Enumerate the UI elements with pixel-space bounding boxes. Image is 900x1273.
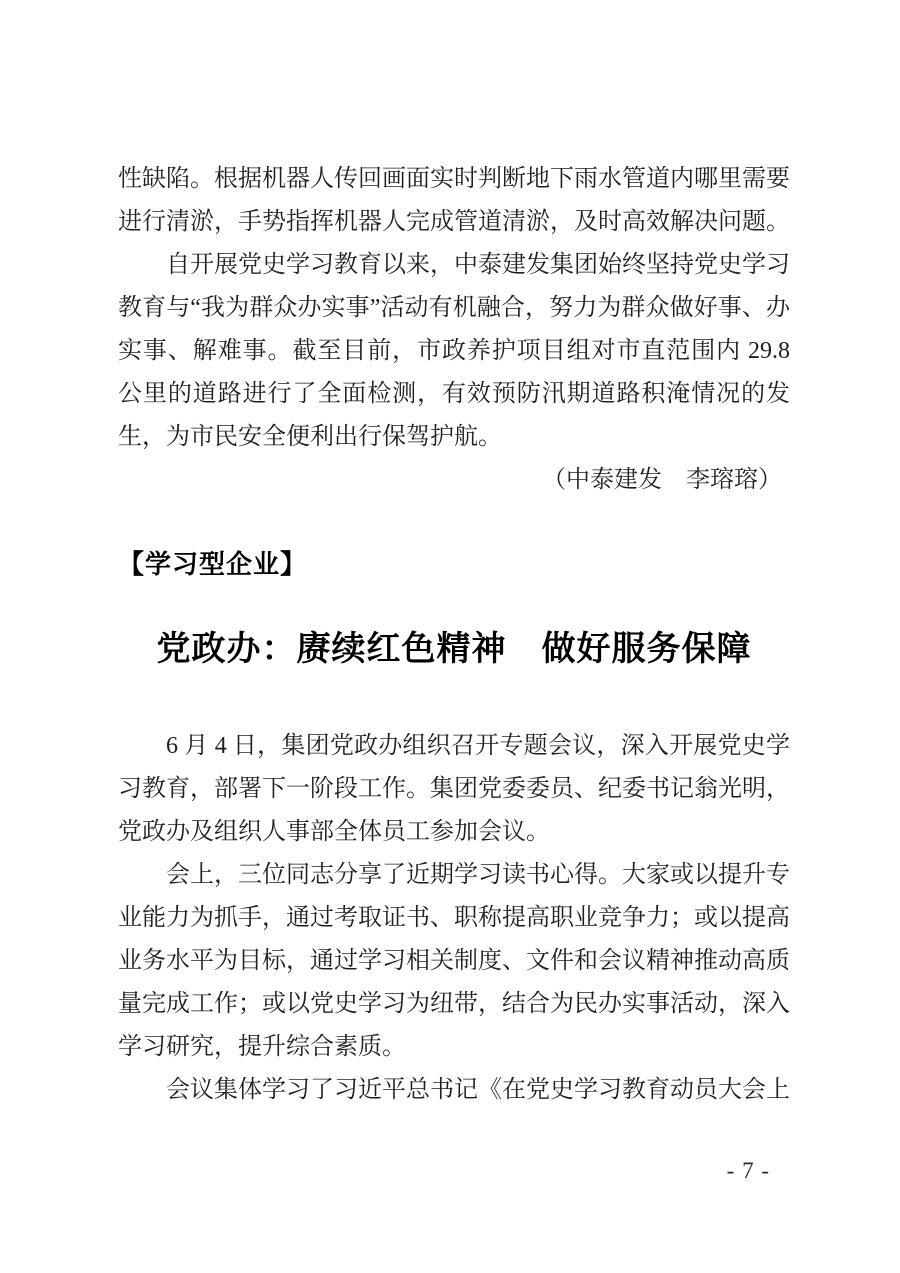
paragraph-continuation: 性缺陷。根据机器人传回画面实时判断地下雨水管道内哪里需要进行清淤，手势指挥机器人… <box>118 158 790 244</box>
article-title: 党政办：赓续红色精神 做好服务保障 <box>118 628 790 672</box>
page-content: 性缺陷。根据机器人传回画面实时判断地下雨水管道内哪里需要进行清淤，手势指挥机器人… <box>118 158 790 1112</box>
page-number: - 7 - <box>727 1158 770 1184</box>
paragraph: 会上，三位同志分享了近期学习读书心得。大家或以提升专业能力为抓手，通过考取证书、… <box>118 854 790 1069</box>
document-page: 性缺陷。根据机器人传回画面实时判断地下雨水管道内哪里需要进行清淤，手势指挥机器人… <box>0 0 900 1273</box>
paragraph: 自开展党史学习教育以来，中泰建发集团始终坚持党史学习教育与“我为群众办实事”活动… <box>118 244 790 459</box>
paragraph: 6 月 4 日，集团党政办组织召开专题会议，深入开展党史学习教育，部署下一阶段工… <box>118 725 790 854</box>
section-tag: 【学习型企业】 <box>118 548 790 582</box>
paragraph-continuation: 会议集体学习了习近平总书记《在党史学习教育动员大会上 <box>118 1069 790 1112</box>
article-byline: （中泰建发 李瑢瑢） <box>118 459 790 502</box>
